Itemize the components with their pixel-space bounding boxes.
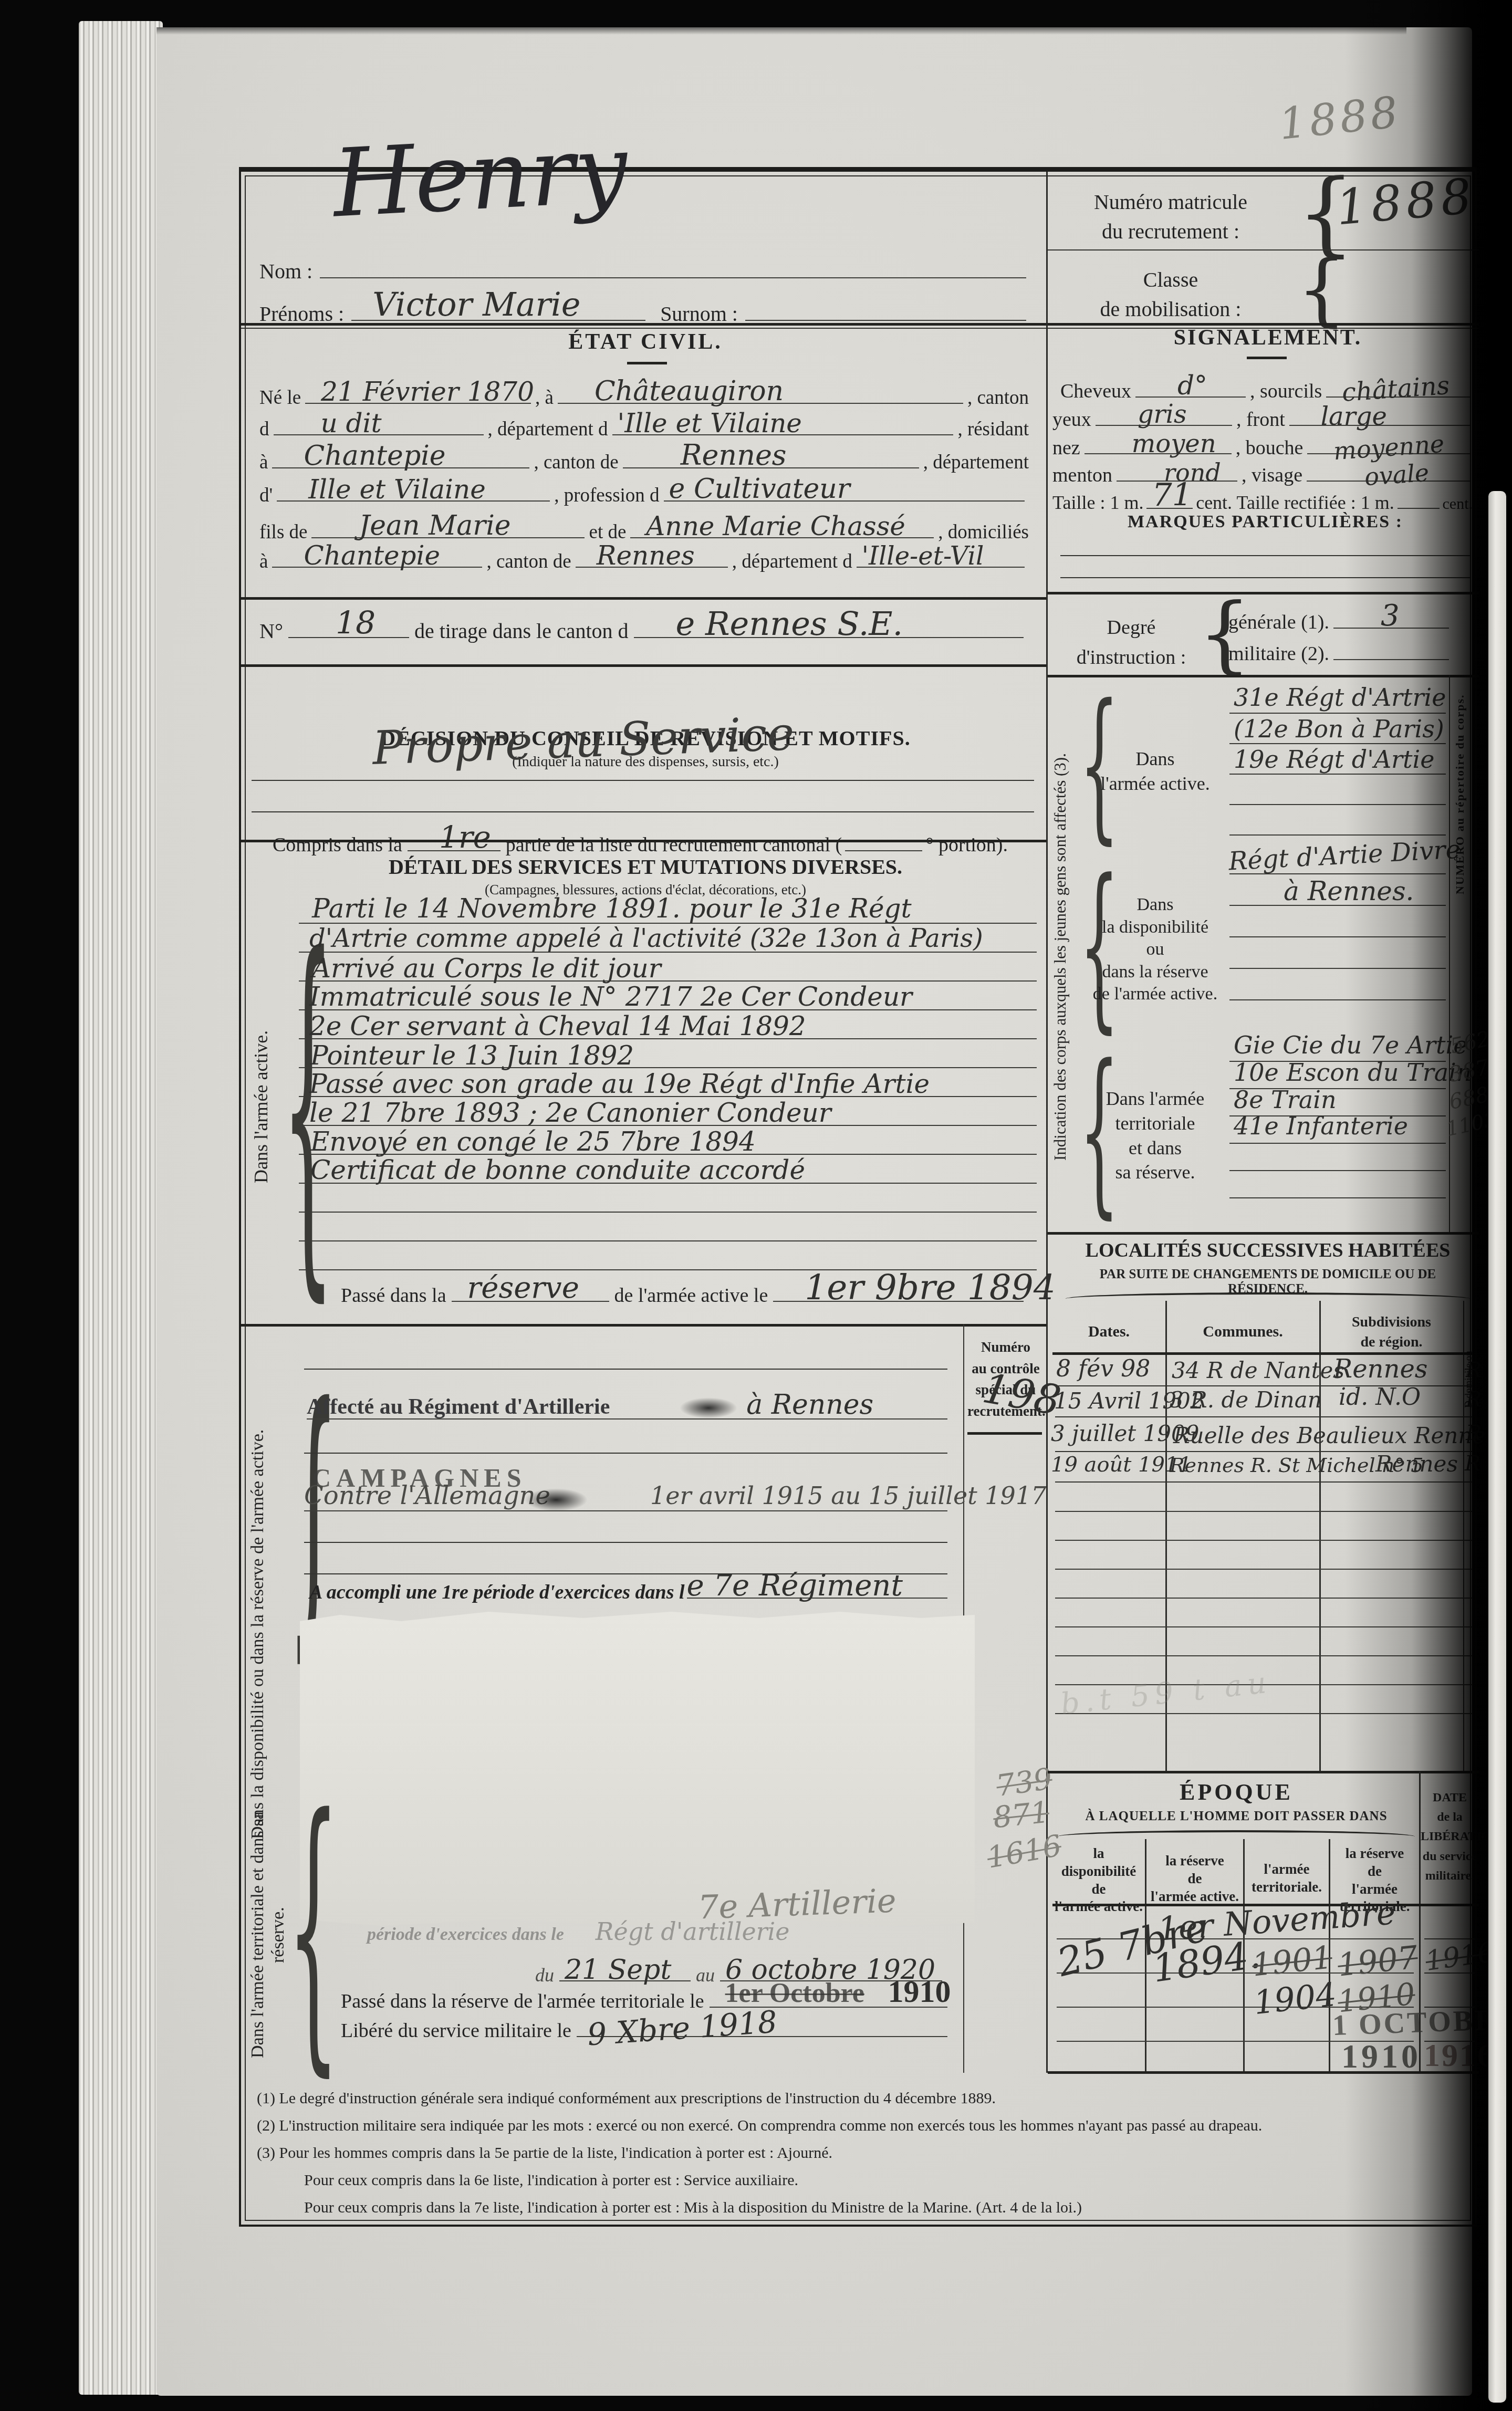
loc-dr: R	[1466, 1360, 1482, 1381]
campagne-enemy: Contre l'Allemagne	[304, 1483, 550, 1508]
etat-row-2: d u dit , département d 'Ille et Vilaine…	[259, 407, 1029, 435]
footnote-3: (3) Pour les hommes compris dans la 5e p…	[257, 2144, 1465, 2162]
classe-brace: {	[1297, 251, 1347, 329]
prenoms-row: Prénoms : Victor Marie Surnom :	[259, 281, 1026, 321]
line	[1398, 482, 1440, 509]
lbl: , canton de	[486, 550, 571, 573]
loc-subdiv: Rennes	[1333, 1356, 1427, 1382]
line: Chantepie	[272, 539, 482, 568]
periode1-label: A accompli une 1re période d'exercices d…	[309, 1581, 685, 1604]
marques-line-2	[1060, 577, 1470, 578]
affecte-row: Affecté au Régiment d'Artillerie à Renne…	[307, 1391, 947, 1420]
val: 21 Février 1870	[321, 379, 534, 405]
dispo-line	[304, 1542, 947, 1543]
nom-line	[320, 237, 1026, 278]
loc-dr: R	[1466, 1389, 1482, 1410]
footnote-1: (1) Le degré d'instruction générale sera…	[257, 2090, 1465, 2107]
rule-below-corps	[1048, 1232, 1479, 1235]
epoque-flourish	[1058, 1830, 1415, 1836]
sig-row-4: menton rond , visage ovale	[1052, 454, 1470, 482]
classe-label: Classe de mobilisation :	[1058, 265, 1284, 324]
lbl: partie de la liste du recrutement canton…	[506, 833, 842, 857]
line: Jean Marie	[311, 510, 585, 538]
val: Ille et Vilaine	[308, 476, 486, 503]
lbl: générale (1).	[1228, 611, 1329, 634]
loc-subdiv: id. N.O	[1339, 1386, 1421, 1409]
nom-signature: Henry	[331, 122, 630, 231]
dispo-line	[304, 1369, 947, 1370]
libere-label: Libéré du service militaire le	[341, 2019, 571, 2042]
campagne-dates: 1er avril 1915 au 15 juillet 1917	[650, 1484, 1047, 1508]
tirage-row: N° 18 de tirage dans le canton d e Renne…	[259, 609, 1029, 638]
lbl: Passé dans la	[341, 1284, 446, 1307]
rule-below-tirage	[241, 664, 1046, 667]
loc-commune: 3 R. de Dinan	[1170, 1389, 1322, 1411]
lbl: d	[259, 418, 269, 441]
val: Rennes	[597, 542, 695, 569]
rule-below-localites	[1048, 1771, 1479, 1773]
val: 'Ille et Vilaine	[618, 410, 802, 436]
line: 'Ille et Vilaine	[612, 407, 954, 435]
epoque-subtitle: À LAQUELLE L'HOMME DOIT PASSER DANS	[1052, 1809, 1420, 1824]
surnom-label: Surnom :	[660, 301, 738, 326]
line: Rennes	[576, 539, 728, 568]
affecte-text: Affecté au Régiment d'Artillerie	[307, 1394, 610, 1420]
service-line: Certificat de bonne conduite accordé	[310, 1157, 805, 1183]
line: ovale	[1307, 454, 1470, 482]
passe-terr-year: 1910	[888, 1974, 951, 2010]
etat-row-4: d' Ille et Vilaine , profession d e Cult…	[259, 473, 1029, 502]
repertoire-divider	[1449, 675, 1450, 1233]
periode2-label: période d'exercices dans le	[367, 1925, 564, 1945]
loc-commune: Ruelle des Beaulieux Rennes	[1173, 1425, 1497, 1447]
lbl: Né le	[259, 387, 301, 409]
footnote-2: (2) L'instruction militaire sera indiqué…	[257, 2117, 1465, 2135]
val: large	[1321, 404, 1387, 429]
service-line: Arrivé au Corps le dit jour	[312, 955, 661, 982]
sig-row-2: yeux gris , front large	[1052, 399, 1470, 426]
matricule-value: 1888	[1334, 172, 1477, 233]
line: Ille et Vilaine	[277, 473, 550, 502]
val: Anne Marie Chassé	[646, 513, 905, 539]
periode1-row: A accompli une 1re période d'exercices d…	[309, 1570, 947, 1599]
service-line: Passé avec son grade au 19e Régt d'Infie…	[309, 1071, 930, 1097]
epoque-rterr-struck1: 1907	[1336, 1942, 1419, 1981]
line: 9 Xbre 1918	[577, 2008, 947, 2037]
epoque-col2-header: la réserve de l'armée active.	[1146, 1852, 1243, 1905]
prenoms-line: Victor Marie	[351, 281, 645, 321]
degre-label: Degré d'instruction :	[1066, 613, 1197, 673]
lbl: , département d	[488, 418, 608, 441]
lbl: de tirage dans le canton d	[414, 619, 629, 643]
loc-row-line	[1055, 1481, 1473, 1483]
lbl: , à	[535, 387, 554, 409]
libere-value: 9 Xbre 1918	[586, 2006, 778, 2050]
lbl: ° portion).	[925, 833, 1008, 857]
epoque-col3-header: l'armée territoriale.	[1245, 1861, 1329, 1896]
localites-col-subdiv: Subdivisions de région.	[1322, 1312, 1461, 1352]
line: châtains	[1326, 370, 1470, 398]
val: 3	[1381, 601, 1400, 631]
service-line: Envoyé en congé le 25 7bre 1894	[310, 1129, 756, 1155]
lbl: cent.	[1443, 495, 1473, 513]
line: gris	[1096, 399, 1232, 426]
service-line: Parti le 14 Novembre 1891. pour le 31e R…	[312, 895, 912, 922]
lbl: , profession d	[554, 484, 659, 507]
val: u dit	[321, 410, 382, 436]
loc-row-line	[1055, 1416, 1473, 1417]
lbl: , canton de	[534, 451, 618, 474]
line: 1re	[408, 822, 500, 851]
val: d°	[1177, 372, 1207, 399]
corps-entry: (12e Bon à Paris)	[1234, 717, 1444, 741]
folio-number-pencil: 1888	[1277, 91, 1403, 147]
epoque-terr-struck: 1901	[1250, 1942, 1333, 1981]
decision-line-1	[252, 780, 1034, 781]
val: e Cultivateur	[669, 475, 850, 503]
affecte-value: à Rennes	[746, 1391, 873, 1418]
line	[845, 822, 922, 851]
service-line: Immatriculé sous le N° 2717 2e Cer Conde…	[309, 984, 912, 1010]
passe-terr-struck: 1er Octobre	[725, 1978, 864, 2009]
line: Rennes	[623, 440, 919, 468]
next-page-edge	[1488, 491, 1506, 2403]
stamp-1-octobre: 1 OCTOBRE	[1332, 2002, 1512, 2042]
matricule-label: Numéro matricule du recrutement :	[1058, 187, 1284, 246]
val: 'Ille-et-Vil	[862, 544, 984, 569]
periode2-value: Régt d'artillerie	[596, 1919, 790, 1944]
repertoire-header: NUMÉRO au répertoire du corps.	[1453, 684, 1476, 904]
corps-entry: 10e Escon du Train	[1234, 1060, 1472, 1084]
corps-entry: 8e Train	[1234, 1088, 1337, 1112]
territoriale-brace: {	[287, 1784, 339, 2080]
line: 3	[1333, 601, 1449, 629]
footnote-3c: Pour ceux compris dans la 7e liste, l'in…	[304, 2199, 1459, 2217]
periode1-value: e 7e Régiment	[687, 1571, 903, 1601]
corps-entry: Gie Cie du 7e Artie	[1234, 1033, 1468, 1057]
etat-civil-title: ÉTAT CIVIL.	[451, 329, 840, 354]
top-edge-shadow	[157, 27, 1406, 35]
line: moyenne	[1307, 427, 1470, 454]
ink-blot	[525, 1488, 588, 1511]
val: 1er 9bre 1894	[805, 1270, 1055, 1305]
etat-civil-dash	[627, 362, 667, 364]
campagne-row: Contre l'Allemagne 1er avril 1915 au 15 …	[304, 1483, 947, 1511]
compris-row: Compris dans la 1re partie de la liste d…	[273, 822, 1008, 851]
page-stack-edges	[79, 21, 163, 2395]
line: 1er Octobre 1910	[710, 1978, 947, 2008]
line: 'Ille-et-Vil	[857, 539, 1025, 568]
val: 1re	[439, 822, 491, 852]
lbl: militaire (2).	[1228, 642, 1329, 665]
lbl: , département d	[732, 550, 852, 573]
corps-terr-label: Dans l'armée territoriale et dans sa rés…	[1086, 1087, 1225, 1185]
loc-commune: 34 R de Nantes	[1172, 1360, 1344, 1382]
signalement-title: SIGNALEMENT.	[1060, 325, 1475, 350]
lbl: à	[259, 550, 268, 573]
lbl: Taille : 1 m.	[1052, 492, 1143, 514]
etat-row-6: à Chantepie , canton de Rennes , départe…	[259, 539, 1029, 568]
scanned-register-page: 1888 Henry Nom : Prénoms : Victor Marie …	[0, 0, 1512, 2411]
services-side-label: Dans l'armée active.	[251, 923, 278, 1290]
line: 18	[288, 609, 409, 638]
struck-number: 1616	[985, 1831, 1063, 1873]
passe-reserve-row: Passé dans la réserve de l'armée active …	[341, 1272, 1029, 1302]
service-line: Pointeur le 13 Juin 1892	[310, 1042, 634, 1069]
service-line: le 21 7bre 1893 ; 2e Canonier Condeur	[309, 1100, 831, 1126]
nom-row: Nom :	[259, 237, 1026, 278]
line: e 7e Régiment	[687, 1570, 947, 1599]
sig-row-1: Cheveux d° , sourcils châtains	[1060, 370, 1470, 398]
line: u dit	[274, 407, 484, 435]
degre-militaire-row: militaire (2).	[1228, 633, 1449, 660]
val: 18	[336, 608, 376, 639]
pasted-paper-slip	[300, 1612, 975, 1926]
epoque-title: ÉPOQUE	[1052, 1779, 1420, 1805]
line: moyen	[1085, 427, 1232, 454]
lbl: de l'armée active le	[614, 1284, 768, 1307]
val: e Rennes S.E.	[676, 608, 903, 640]
decision-value: Propre au Service	[372, 711, 795, 771]
line: Châteaugiron	[558, 375, 963, 404]
signalement-dash	[1247, 357, 1287, 359]
corps-dispo-label: Dans la disponibilité ou dans la réserve…	[1086, 894, 1225, 1006]
marques-line-1	[1060, 555, 1470, 556]
corps-entry: 41e Infanterie	[1234, 1114, 1408, 1138]
epoque-col5-header: DATE de la LIBÉRATION du service militai…	[1421, 1788, 1479, 1886]
val: Jean Marie	[359, 512, 510, 539]
stamp-1910: 1910	[1341, 2037, 1421, 2076]
line: 71	[1146, 482, 1193, 509]
line: e Rennes S.E.	[634, 609, 1024, 638]
line: Anne Marie Chassé	[630, 510, 934, 538]
lbl: N°	[259, 619, 283, 643]
marques-label: MARQUES PARTICULIÈRES :	[1060, 512, 1470, 532]
rule-above-degre	[1048, 592, 1479, 594]
nom-label: Nom :	[259, 259, 312, 284]
line: d°	[1135, 370, 1246, 398]
lbl: , département	[923, 451, 1029, 474]
localites-title: LOCALITÉS SUCCESSIVES HABITÉES	[1060, 1239, 1475, 1262]
service-line: 2e Cer servant à Cheval 14 Mai 1892	[309, 1013, 806, 1039]
form-frame: Henry Nom : Prénoms : Victor Marie Surno…	[239, 167, 1477, 2227]
etat-row-1: Né le 21 Février 1870 , à Châteaugiron ,…	[259, 375, 1029, 404]
loc-subdiv: Rennes	[1375, 1453, 1458, 1475]
header-right-rule	[1046, 249, 1479, 251]
rule-below-compris	[241, 840, 1046, 842]
numero-controle-value: 198	[979, 1368, 1063, 1422]
passe-territoriale-row: Passé dans la réserve de l'armée territo…	[341, 1978, 947, 2008]
line: 21 Sept	[559, 1953, 691, 1981]
val: gris	[1138, 402, 1187, 427]
sig-row-3: nez moyen , bouche moyenne	[1052, 427, 1470, 454]
val: Rennes	[681, 441, 787, 469]
val: réserve	[467, 1274, 579, 1303]
val: 71	[1152, 479, 1192, 511]
lbl: , résidant	[957, 418, 1029, 441]
line: large	[1289, 399, 1470, 426]
corps-active-label: Dans l'armée active.	[1086, 747, 1225, 796]
loc-date: 8 fév 98	[1056, 1358, 1150, 1381]
lbl: Compris dans la	[273, 833, 402, 857]
epoque-terr-value: 1904	[1252, 1978, 1338, 2019]
line: réserve	[452, 1272, 609, 1302]
corps-entry: à Rennes.	[1284, 878, 1414, 904]
line: e Cultivateur	[664, 473, 1025, 502]
ink-blot	[680, 1397, 737, 1418]
lbl: , canton	[967, 387, 1029, 409]
localites-col-communes: Communes.	[1168, 1323, 1318, 1341]
localites-col-dates: Dates.	[1052, 1323, 1165, 1341]
prenoms-label: Prénoms :	[259, 301, 344, 326]
line: Chantepie	[272, 440, 529, 468]
corps-entry: 19e Régt d'Artie	[1234, 747, 1435, 771]
lbl: à	[259, 451, 268, 474]
etat-row-5: fils de Jean Marie et de Anne Marie Chas…	[259, 510, 1029, 538]
footnote-3b: Pour ceux compris dans la 6e liste, l'in…	[304, 2172, 1459, 2189]
periode2-row-faint: période d'exercices dans le Régt d'artil…	[367, 1919, 945, 1945]
lbl: cent. Taille rectifiée : 1 m.	[1196, 492, 1394, 514]
degre-generale-row: générale (1). 3	[1228, 601, 1449, 629]
loc-dr: R	[1465, 1453, 1480, 1474]
libere-row: Libéré du service militaire le 9 Xbre 19…	[341, 2008, 947, 2037]
territoriale-side-label: Dans l'armée territoriale et dans sa rés…	[247, 1792, 293, 2078]
val: Chantepie	[304, 442, 445, 469]
services-title: DÉTAIL DES SERVICES ET MUTATIONS DIVERSE…	[304, 854, 987, 879]
du-au-row: du 21 Sept au 6 octobre 1920	[535, 1953, 947, 1981]
prenoms-value: Victor Marie	[372, 288, 580, 321]
corps-entry: 31e Régt d'Artrie	[1234, 685, 1446, 709]
val: moyen	[1132, 431, 1216, 456]
rule-above-tirage	[241, 597, 1046, 600]
stamp-1916: 1916	[1424, 2037, 1495, 2074]
etat-row-3: à Chantepie , canton de Rennes , départe…	[259, 440, 1029, 468]
surnom-line	[745, 281, 1026, 321]
line: 21 Février 1870	[305, 375, 531, 404]
rule-below-epoque	[1048, 2071, 1479, 2074]
numero-header-rule	[967, 1432, 1042, 1435]
loc-dr: R	[1466, 1423, 1482, 1444]
service-line: d'Artrie comme appelé à l'activité (32e …	[309, 926, 983, 951]
dispo-line	[304, 1453, 947, 1454]
decision-line-2	[252, 811, 1034, 812]
sig-row-taille: Taille : 1 m. 71 cent. Taille rectifiée …	[1052, 482, 1473, 509]
line: 1er 9bre 1894	[773, 1272, 1024, 1302]
val: Chantepie	[304, 542, 440, 569]
struck-number: 871	[992, 1798, 1050, 1833]
rule-below-services	[241, 1324, 1046, 1327]
lbl: d'	[259, 484, 273, 507]
line	[1333, 633, 1449, 660]
corps-side-label: Indication des corps auxquels les jeunes…	[1051, 684, 1076, 1230]
val: Châteaugiron	[595, 378, 784, 405]
